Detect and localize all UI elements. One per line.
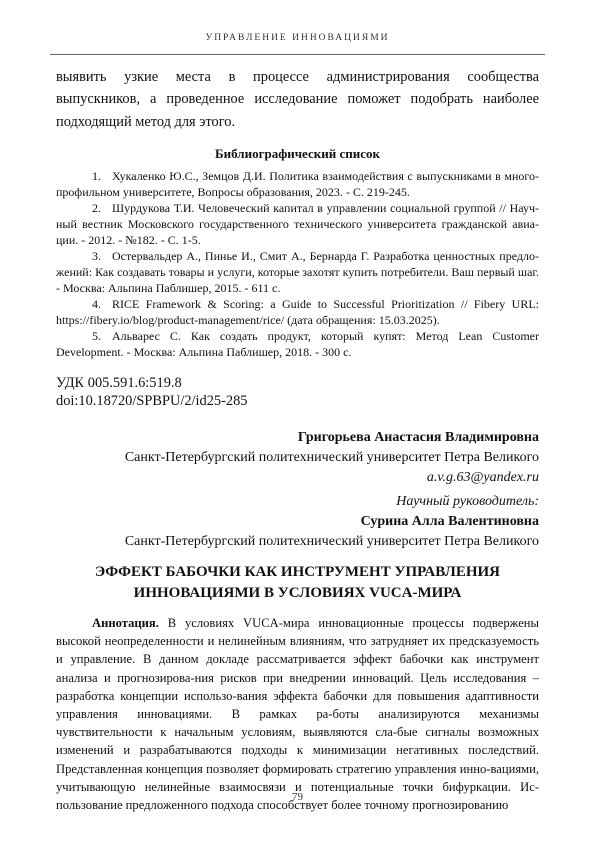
bibliography-item: 1.Хукаленко Ю.С., Земцов Д.И. Политика в… (56, 168, 539, 200)
doi: doi:10.18720/SPBPU/2/id25-285 (56, 392, 539, 410)
udk-code: УДК 005.591.6:519.8 (56, 374, 539, 392)
supervisor-block: Научный руководитель: Сурина Алла Валент… (56, 492, 539, 552)
supervisor-affiliation: Санкт-Петербургский политехнический унив… (56, 532, 539, 552)
header-rule (50, 54, 545, 55)
supervisor-name: Сурина Алла Валентиновна (56, 512, 539, 532)
bibliography-item: 3.Остервальдер А., Пинье И., Смит А., Бе… (56, 248, 539, 296)
article-title-block: ЭФФЕКТ БАБОЧКИ КАК ИНСТРУМЕНТ УПРАВЛЕНИЯ… (56, 562, 539, 604)
bibliography-item: 2.Шурдукова Т.И. Человеческий капитал в … (56, 200, 539, 248)
abstract-text: В условиях VUCA-мира инновационные проце… (56, 616, 539, 812)
bibliography-item-number: 2. (92, 200, 112, 216)
bibliography-item-number: 3. (92, 248, 112, 264)
bibliography-item-text: Шурдукова Т.И. Человеческий капитал в уп… (56, 201, 539, 247)
continuation-paragraph: выявить узкие места в процессе администр… (56, 66, 539, 133)
bibliography-item-text: Хукаленко Ю.С., Земцов Д.И. Политика вза… (56, 169, 539, 199)
author-email[interactable]: a.v.g.63@yandex.ru (56, 468, 539, 488)
author-affiliation: Санкт-Петербургский политехнический унив… (56, 448, 539, 468)
bibliography-section: Библиографический список 1.Хукаленко Ю.С… (56, 146, 539, 360)
running-header: УПРАВЛЕНИЕ ИННОВАЦИЯМИ (50, 33, 545, 43)
article-identifiers: УДК 005.591.6:519.8 doi:10.18720/SPBPU/2… (56, 374, 539, 410)
bibliography-item: 4.RICE Framework & Scoring: a Guide to S… (56, 296, 539, 328)
bibliography-list: 1.Хукаленко Ю.С., Земцов Д.И. Политика в… (56, 168, 539, 360)
abstract-block: Аннотация. В условиях VUCA-мира инноваци… (56, 614, 539, 814)
bibliography-item-number: 1. (92, 168, 112, 184)
bibliography-title: Библиографический список (56, 146, 539, 162)
bibliography-item-text: Альварес С. Как создать продукт, который… (56, 329, 539, 359)
bibliography-item: 5.Альварес С. Как создать продукт, котор… (56, 328, 539, 360)
article-title-line-1: ЭФФЕКТ БАБОЧКИ КАК ИНСТРУМЕНТ УПРАВЛЕНИЯ (56, 562, 539, 583)
continuation-paragraph-container: выявить узкие места в процессе администр… (56, 66, 539, 133)
bibliography-item-number: 5. (92, 328, 112, 344)
bibliography-item-text: RICE Framework & Scoring: a Guide to Suc… (56, 297, 539, 327)
page-number: 79 (0, 791, 595, 803)
abstract-paragraph: Аннотация. В условиях VUCA-мира инноваци… (56, 614, 539, 814)
author-name: Григорьева Анастасия Владимировна (56, 428, 539, 448)
article-title-line-2: ИННОВАЦИЯМИ В УСЛОВИЯХ VUCA-МИРА (56, 583, 539, 604)
author-block: Григорьева Анастасия Владимировна Санкт-… (56, 428, 539, 488)
abstract-label: Аннотация. (92, 616, 159, 630)
bibliography-item-text: Остервальдер А., Пинье И., Смит А., Берн… (56, 249, 539, 295)
bibliography-item-number: 4. (92, 296, 112, 312)
supervisor-label: Научный руководитель: (56, 492, 539, 512)
